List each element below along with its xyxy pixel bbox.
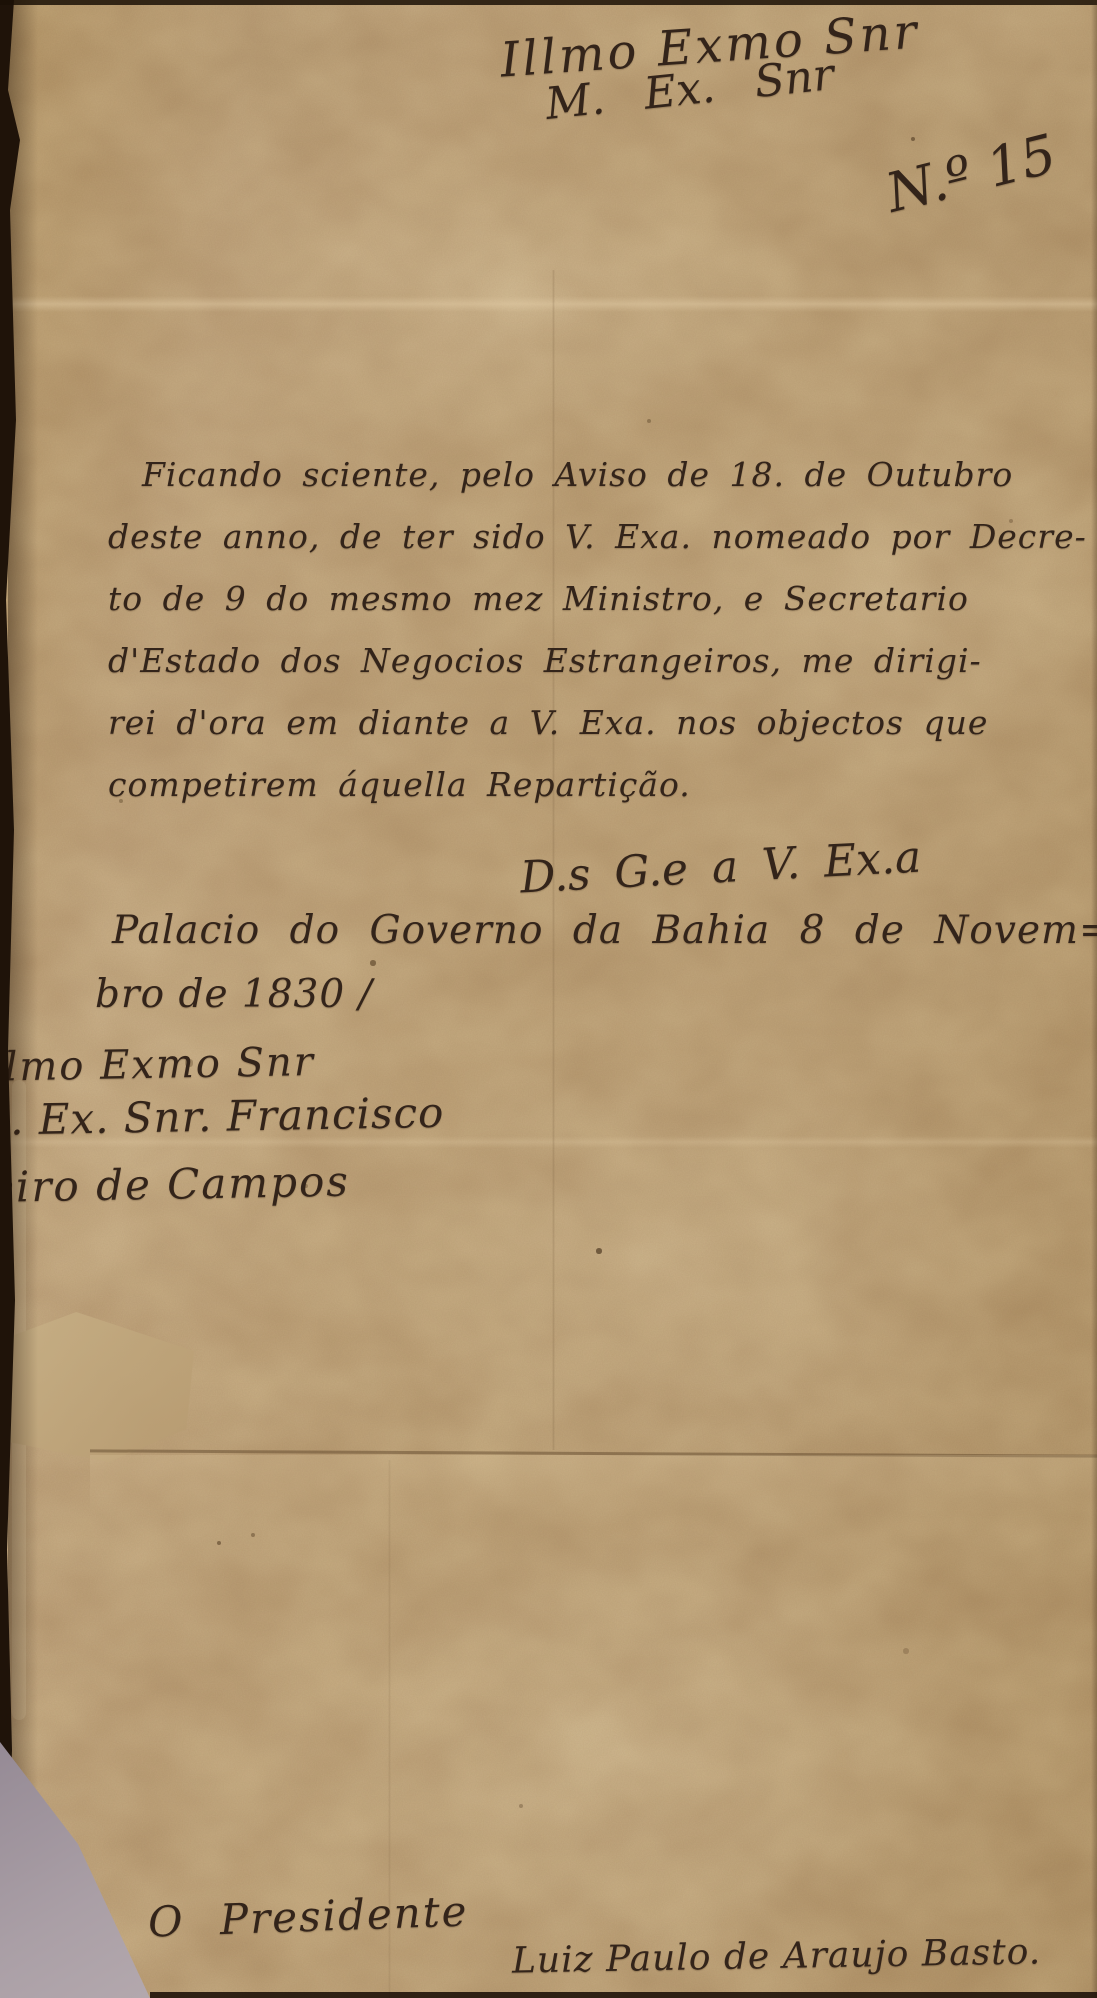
- page-top-edge: [0, 0, 1097, 5]
- body-line: competirem áquella Repartição.: [108, 765, 1093, 827]
- background-surface: Illmo Exmo Snr M. Ex. Snr N.º 15 Ficando…: [0, 0, 1097, 1998]
- page-bottom-edge: [150, 1992, 1097, 1998]
- dateline-line-2: bro de 1830 /: [95, 972, 373, 1017]
- body-line: deste anno, de ter sido V. Exa. nomeado …: [108, 517, 1093, 579]
- body-line: d'Estado dos Negocios Estrangeiros, me d…: [108, 641, 1093, 703]
- dateline-line-1: Palacio do Governo da Bahia 8 de Novem=: [112, 908, 1097, 953]
- page-right-edge: [1091, 0, 1097, 1998]
- body-line: rei d'ora em diante a V. Exa. nos object…: [108, 703, 1093, 765]
- underlying-sheet-highlight: [90, 1455, 1097, 1515]
- addressee-line-3: neiro de Campos: [0, 1157, 350, 1213]
- body-line: Ficando sciente, pelo Aviso de 18. de Ou…: [108, 455, 1093, 517]
- addressee-line-1: Illmo Exmo Snr: [0, 1039, 315, 1091]
- letter-body: Ficando sciente, pelo Aviso de 18. de Ou…: [108, 455, 1093, 827]
- body-line: to de 9 do mesmo mez Ministro, e Secreta…: [108, 579, 1093, 641]
- addressee-line-2: M. Ex. Snr. Francisco: [0, 1088, 445, 1145]
